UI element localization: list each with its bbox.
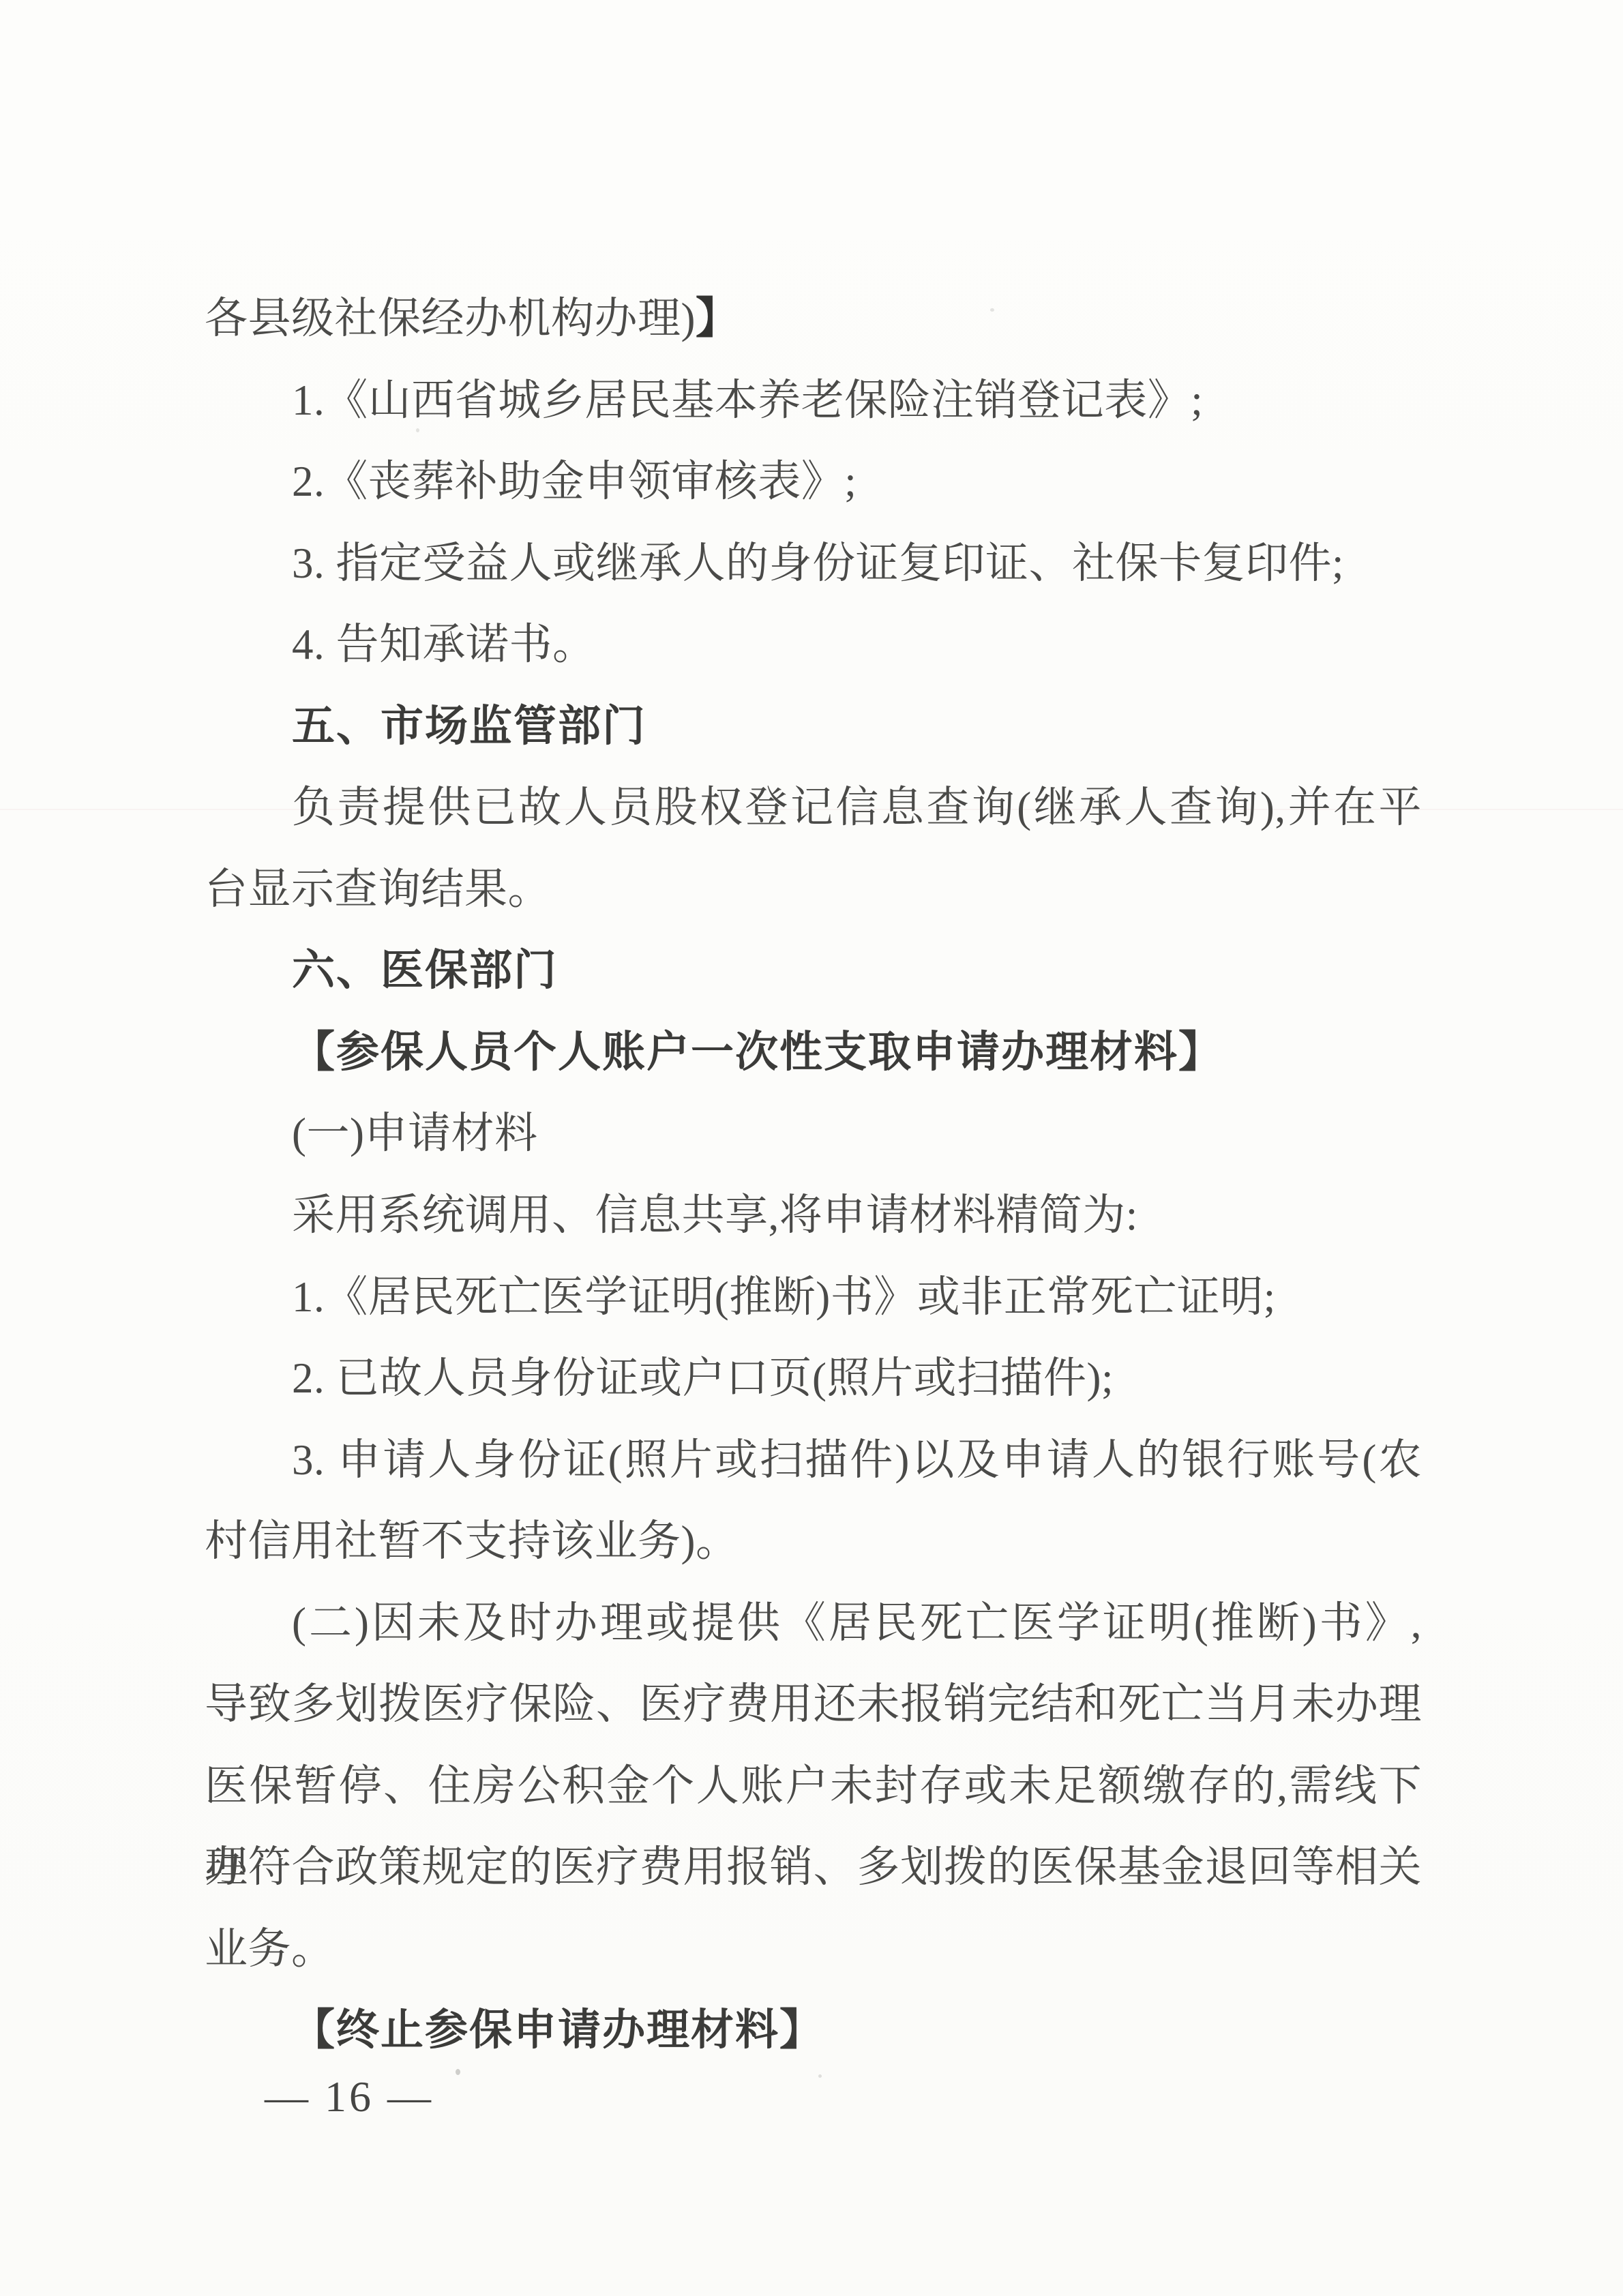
- medical-list-item-1: 1.《居民死亡医学证明(推断)书》或非正常死亡证明;: [205, 1257, 1422, 1339]
- medical-list-item-3-line-1: 3. 申请人身份证(照片或扫描件)以及申请人的银行账号(农: [205, 1420, 1422, 1502]
- scan-speck: [818, 2074, 822, 2078]
- medical-list-item-2: 2. 已故人员身份证或户口页(照片或扫描件);: [205, 1338, 1422, 1420]
- line-continuation-header-end: 各县级社保经办机构办理)】: [205, 278, 1422, 360]
- subheading-terminate-enrollment-materials: 【终止参保申请办理材料】: [205, 1990, 1422, 2072]
- list-item-4: 4. 告知承诺书。: [205, 604, 1422, 686]
- scan-speck: [456, 2069, 460, 2075]
- page-number: — 16 —: [265, 2073, 434, 2121]
- subsection-2-line-4: 理符合政策规定的医疗费用报销、多划拨的医保基金退回等相关: [205, 1827, 1422, 1909]
- scan-speck: [416, 428, 419, 432]
- list-item-3: 3. 指定受益人或继承人的身份证复印证、社保卡复印件;: [205, 523, 1422, 605]
- section-heading-6-medical-insurance: 六、医保部门: [205, 930, 1422, 1012]
- paragraph-market-regulation-line-2: 台显示查询结果。: [205, 849, 1422, 931]
- subsection-2-line-5: 业务。: [205, 1909, 1422, 1991]
- section-heading-5-market-regulation: 五、市场监管部门: [205, 686, 1422, 768]
- subsection-2-line-2: 导致多划拨医疗保险、医疗费用还未报销完结和死亡当月未办理: [205, 1664, 1422, 1746]
- scan-speck: [990, 308, 994, 312]
- list-item-1: 1.《山西省城乡居民基本养老保险注销登记表》;: [205, 360, 1422, 442]
- list-item-2: 2.《丧葬补助金申领审核表》;: [205, 441, 1422, 523]
- paragraph-simplified-materials-intro: 采用系统调用、信息共享,将申请材料精简为:: [205, 1175, 1422, 1257]
- subsection-2-line-1: (二)因未及时办理或提供《居民死亡医学证明(推断)书》,: [205, 1583, 1422, 1665]
- medical-list-item-3-line-2: 村信用社暂不支持该业务)。: [205, 1501, 1422, 1583]
- subsection-1-application-materials: (一)申请材料: [205, 1093, 1422, 1175]
- line-text: 各县级社保经办机构办理): [205, 295, 696, 342]
- subsection-2-line-3: 医保暂停、住房公积金个人账户未封存或未足额缴存的,需线下办: [205, 1746, 1422, 1828]
- subheading-lump-sum-withdrawal-materials: 【参保人员个人账户一次性支取申请办理材料】: [205, 1012, 1422, 1094]
- paragraph-market-regulation-line-1: 负责提供已故人员股权登记信息查询(继承人查询),并在平: [205, 767, 1422, 849]
- closing-bold-bracket: 】: [696, 295, 739, 342]
- document-body: 各县级社保经办机构办理)】 1.《山西省城乡居民基本养老保险注销登记表》; 2.…: [205, 278, 1422, 2072]
